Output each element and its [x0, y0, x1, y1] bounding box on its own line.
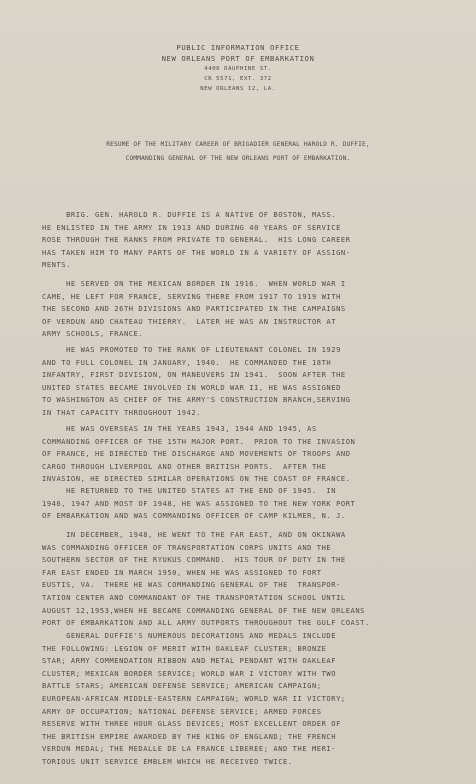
office-name: PUBLIC INFORMATION OFFICE: [0, 42, 476, 53]
city-address: NEW ORLEANS 12, LA.: [0, 84, 476, 94]
title-line-2: COMMANDING GENERAL OF THE NEW ORLEANS PO…: [0, 152, 476, 166]
paragraph-promotions: HE WAS PROMOTED TO THE RANK OF LIEUTENAN…: [42, 344, 462, 420]
street-address: 4400 DAUPHINE ST.: [0, 64, 476, 74]
paragraph-return: HE RETURNED TO THE UNITED STATES AT THE …: [42, 485, 462, 523]
paragraph-overseas: HE WAS OVERSEAS IN THE YEARS 1943, 1944 …: [42, 423, 462, 486]
document-title: RESUME OF THE MILITARY CAREER OF BRIGADI…: [0, 138, 476, 166]
paragraph-wwi: HE SERVED ON THE MEXICAN BORDER IN 1916.…: [42, 278, 462, 341]
phone-number: CR 5571, EXT. 372: [0, 74, 476, 84]
paragraph-origin: BRIG. GEN. HAROLD R. DUFFIE IS A NATIVE …: [42, 209, 462, 272]
letterhead: PUBLIC INFORMATION OFFICE NEW ORLEANS PO…: [0, 42, 476, 94]
typewritten-page: PUBLIC INFORMATION OFFICE NEW ORLEANS PO…: [0, 0, 476, 784]
paragraph-far-east: IN DECEMBER, 1948, HE WENT TO THE FAR EA…: [42, 529, 462, 630]
paragraph-decorations: GENERAL DUFFIE'S NUMEROUS DECORATIONS AN…: [42, 630, 462, 769]
title-line-1: RESUME OF THE MILITARY CAREER OF BRIGADI…: [0, 138, 476, 152]
organization-name: NEW ORLEANS PORT OF EMBARKATION: [0, 53, 476, 64]
